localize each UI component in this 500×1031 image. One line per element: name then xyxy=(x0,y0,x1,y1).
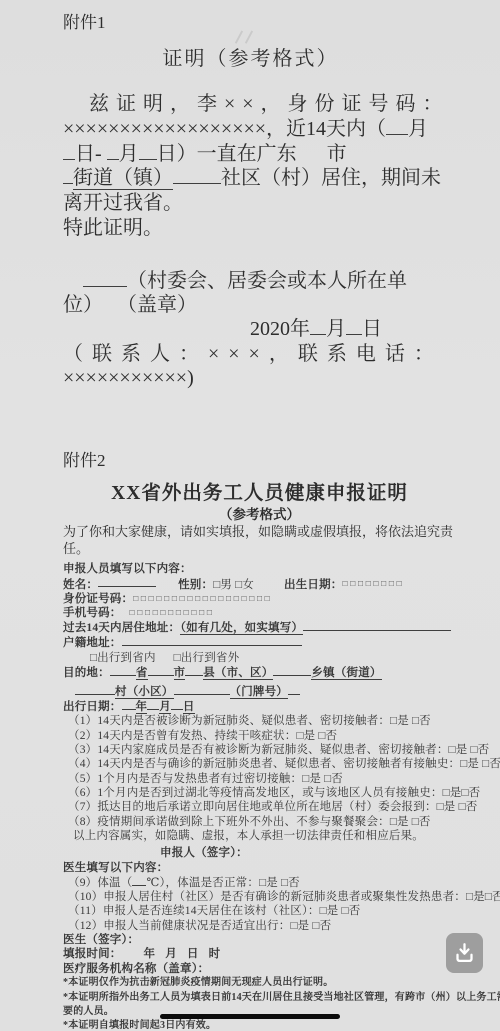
text-segment: 医疗服务机构名称（盖章）： xyxy=(63,963,209,975)
blank-underline xyxy=(303,620,451,631)
text-segment: （5）1个月内是否与发热患者有过密切接触：□是 □否 xyxy=(68,773,343,785)
faint-pen-mark xyxy=(228,30,262,45)
text-line: （2）14天内是否曾有发热、持续干咳症状：□是 □否 xyxy=(63,729,456,743)
text-line: *本证明所指外出务工人员为填表日前14天在川居住且接受当地社区管理，有跨市（州）… xyxy=(63,991,456,1005)
text-line: 兹证明，李××，身份证号码： xyxy=(63,92,438,117)
attachment2-subtitle: （参考格式） xyxy=(63,506,456,523)
text-line: 位）（盖章） xyxy=(63,293,438,317)
attachment1-title: 证明（参考格式） xyxy=(63,46,438,72)
text-segment: 出生日期： xyxy=(284,578,343,590)
spacer xyxy=(103,294,117,311)
spacer xyxy=(156,578,178,588)
text-segment: （3）14天内家庭成员是否有被诊断为新冠肺炎、疑似患者、密切接触者：□是 □否 xyxy=(68,744,489,756)
text-line: 户籍地址： xyxy=(63,635,456,650)
text-segment: 性别： xyxy=(178,578,213,590)
attachment1-signature-block: （村委会、居委会或本人所在单位）（盖章）2020年月日（联系人：×××，联系电话… xyxy=(63,269,438,390)
text-line: 填报时间：年月日时 xyxy=(63,947,456,961)
text-segment: 医生填写以下内容： xyxy=(63,862,168,874)
attachment1-body: 兹证明，李××，身份证号码：××××××××××××××××××，近14天内（月… xyxy=(63,92,438,241)
text-segment: 要的人员。 xyxy=(63,1006,114,1017)
text-segment: 过去14天内居住地址： xyxy=(63,622,180,634)
text-line: （7）抵达目的地后承诺立即向居住地或单位所在地居（村）委会报到：□是 □否 xyxy=(63,800,456,814)
text-segment: 申报人员填写以下内容： xyxy=(63,563,192,575)
blank-underline xyxy=(63,166,73,184)
spacer xyxy=(199,948,209,958)
text-segment: 月 xyxy=(165,948,177,960)
text-segment: 街道（镇） xyxy=(73,167,173,190)
text-line: 以上内容属实，如隐瞒、虚报，本人承担一切法律责任和相应后果。 xyxy=(63,829,456,843)
text-line: 村（小区）（门牌号） xyxy=(63,684,456,699)
text-line: 特此证明。 xyxy=(63,216,438,241)
spacer xyxy=(63,270,83,287)
blank-underline xyxy=(346,317,362,335)
text-line: 出行日期：年月日 xyxy=(63,699,456,714)
text-line: 过去14天内居住地址：（如有几处，如实填写） xyxy=(63,620,456,635)
text-line: （8）疫情期间承诺做到除上下班外不外出、不参与聚餐聚会：□是 □否 xyxy=(63,815,456,829)
text-segment: 手机号码： xyxy=(63,607,122,619)
text-segment: 特此证明。 xyxy=(63,217,163,239)
text-segment: （门牌号） xyxy=(230,686,289,699)
text-line: （4）14天内是否与确诊的新冠肺炎患者、疑似患者、密切接触者有接触史：□是 □否 xyxy=(63,757,456,771)
text-line: （12）申报人当前健康状况是否适宜出行：□是 □否 xyxy=(63,919,456,933)
text-segment: 位） xyxy=(63,294,103,316)
text-segment: 社区（村）居住，期间未 xyxy=(221,167,441,189)
document-photo-view: 附件1 证明（参考格式） 兹证明，李××，身份证号码：×××××××××××××… xyxy=(0,0,500,1031)
text-segment: （联系人：×××，联系电话： xyxy=(63,343,443,365)
text-line: 医生（签字）： xyxy=(63,933,456,947)
blank-underline xyxy=(75,684,115,695)
text-segment: 月 xyxy=(326,318,346,340)
text-segment: （6）1个月内是否到过湖北等疫情高发地区，或与该地区人员有接触史：□是□否 xyxy=(68,787,480,799)
text-segment: （12）申报人当前健康状况是否适宜出行：□是 □否 xyxy=(68,920,331,932)
spacer xyxy=(177,948,187,958)
blank-underline xyxy=(173,166,221,184)
text-line: ××××××××××××××××××，近14天内（月 xyxy=(63,117,438,142)
text-segment: 年 xyxy=(136,701,148,714)
text-segment: □□□□□□□□□□□ xyxy=(130,607,215,617)
text-line: 目的地：省市县（市、区）乡镇（街道） xyxy=(63,665,456,680)
spacer xyxy=(122,948,144,958)
text-segment: 兹证明，李××，身份证号码： xyxy=(89,93,450,115)
text-segment: *本证明仅作为抗击新冠肺炎疫情期间无现症人员出行证明。 xyxy=(63,977,333,988)
text-segment: 月 xyxy=(408,118,428,140)
text-segment: 姓名： xyxy=(63,578,98,590)
text-segment: 以上内容属实，如隐瞒、虚报，本人承担一切法律责任和相应后果。 xyxy=(73,830,424,842)
text-segment: 月 xyxy=(159,701,171,714)
text-line: 申报人（签字）： xyxy=(63,846,456,860)
text-line: （联系人：×××，联系电话： xyxy=(63,342,438,366)
blank-underline xyxy=(174,684,230,695)
text-segment: 乡镇（街道） xyxy=(311,667,381,680)
text-line: *本证明仅作为抗击新冠肺炎疫情期间无现症人员出行证明。 xyxy=(63,976,456,990)
text-segment: 县（市、区） xyxy=(203,667,273,680)
text-line: 街道（镇）社区（村）居住，期间未 xyxy=(63,166,438,191)
text-line: 医生填写以下内容： xyxy=(63,861,456,875)
blank-underline xyxy=(386,117,408,135)
text-segment: （1）14天内是否被诊断为新冠肺炎、疑似患者、密切接触者：□是 □否 xyxy=(68,715,431,727)
attachment2-label: 附件2 xyxy=(63,450,456,472)
blank-underline xyxy=(148,665,174,676)
blank-underline xyxy=(185,665,203,676)
text-segment: □出行到省外 xyxy=(174,652,240,664)
text-line: （11）申报人是否连续14天居住在该村（社区）：□是 □否 xyxy=(63,904,456,918)
blank-underline xyxy=(107,142,119,160)
text-segment: （2）14天内是否曾有发热、持续干咳症状：□是 □否 xyxy=(68,730,337,742)
text-segment: （如有几处，如实填写） xyxy=(180,622,303,635)
notice-line: 任。 xyxy=(63,541,456,558)
text-line: 日- 月日）一直在广东市 xyxy=(63,142,438,167)
text-segment: （9）体温（ xyxy=(68,877,132,889)
attachment2-title: XX省外出务工人员健康申报证明 xyxy=(63,482,456,506)
text-segment: 户籍地址： xyxy=(63,637,122,649)
text-segment: 市 xyxy=(174,667,186,680)
text-segment: 时 xyxy=(209,948,221,960)
text-segment: 出行日期： xyxy=(63,701,122,713)
text-segment: 2020年 xyxy=(250,318,310,340)
text-segment: （7）抵达目的地后承诺立即向居住地或单位所在地居（村）委会报到：□是 □否 xyxy=(68,801,477,813)
text-segment: 省 xyxy=(136,667,148,680)
text-segment: 日 xyxy=(183,701,195,714)
text-segment: 日）一直在广东 xyxy=(157,143,297,165)
blank-underline xyxy=(288,684,300,695)
text-segment: □□□□□□□□□□□□□□□□□□ xyxy=(133,593,272,603)
text-segment: *本证明自填报时间起3日内有效。 xyxy=(63,1020,216,1031)
text-segment: *本证明所指外出务工人员为填表日前14天在川居住且接受当地社区管理，有跨市（州）… xyxy=(63,992,500,1003)
text-segment: （村委会、居委会或本人所在单 xyxy=(127,270,407,292)
text-line: 申报人员填写以下内容： xyxy=(63,562,456,576)
text-segment: 身份证号码： xyxy=(63,593,133,605)
blank-underline xyxy=(139,142,157,160)
blank-underline xyxy=(171,699,183,710)
blank-underline xyxy=(273,665,311,676)
text-line: □出行到省内□出行到省外 xyxy=(63,651,456,665)
text-segment: ××××××××××××××××××，近14天内（ xyxy=(63,118,386,140)
text-line: 2020年月日 xyxy=(63,317,438,341)
text-segment: □男 □女 xyxy=(213,578,254,590)
text-segment: 村（小区） xyxy=(115,686,174,699)
text-segment: 年 xyxy=(144,948,156,960)
blank-underline xyxy=(122,699,136,710)
blank-underline xyxy=(147,699,159,710)
attachment1-certificate: 附件1 证明（参考格式） 兹证明，李××，身份证号码：×××××××××××××… xyxy=(0,12,500,390)
spacer xyxy=(122,606,130,616)
blank-underline xyxy=(132,875,146,886)
text-segment: 填报时间： xyxy=(63,948,122,960)
text-line: *本证明自填报时间起3日内有效。 xyxy=(63,1019,456,1031)
attachment2-form: 申报人员填写以下内容：姓名：性别：□男 □女出生日期：□□□□□□□□身份证号码… xyxy=(63,562,456,1031)
text-line: （10）申报人居住村（社区）是否有确诊的新冠肺炎患者或聚集性发热患者：□是□否 xyxy=(63,890,456,904)
blank-underline xyxy=(110,665,136,676)
text-line: 身份证号码：□□□□□□□□□□□□□□□□□□ xyxy=(63,592,456,606)
text-segment: 日 xyxy=(187,948,199,960)
text-segment: 日- xyxy=(75,143,107,165)
text-segment: 日 xyxy=(362,318,382,340)
text-segment: （盖章） xyxy=(117,294,197,316)
text-segment: 离开过我省。 xyxy=(63,192,183,214)
text-segment: 月 xyxy=(119,143,139,165)
text-segment: （10）申报人居住村（社区）是否有确诊的新冠肺炎患者或聚集性发热患者：□是□否 xyxy=(68,891,500,903)
text-line: （1）14天内是否被诊断为新冠肺炎、疑似患者、密切接触者：□是 □否 xyxy=(63,714,456,728)
text-segment: 目的地： xyxy=(63,667,110,679)
text-line: 手机号码：□□□□□□□□□□□ xyxy=(63,606,456,620)
text-line: （3）14天内家庭成员是否有被诊断为新冠肺炎、疑似患者、密切接触者：□是 □否 xyxy=(63,743,456,757)
text-line: （6）1个月内是否到过湖北等疫情高发地区，或与该地区人员有接触史：□是□否 xyxy=(63,786,456,800)
text-segment: □出行到省内 xyxy=(90,652,156,664)
download-icon xyxy=(454,941,475,965)
download-button[interactable] xyxy=(446,933,483,973)
spacer xyxy=(155,948,165,958)
home-indicator xyxy=(160,1014,340,1019)
text-segment: ×××××××××××) xyxy=(63,367,194,389)
text-segment: （8）疫情期间承诺做到除上下班外不外出、不参与聚餐聚会：□是 □否 xyxy=(68,816,431,828)
text-segment: 医生（签字）： xyxy=(63,934,139,946)
attachment2-notice: 为了你和大家健康，请如实填报，如隐瞒或虚假填报，将依法追究责 任。 xyxy=(63,524,456,557)
text-line: 离开过我省。 xyxy=(63,191,438,216)
spacer xyxy=(254,578,284,588)
blank-underline xyxy=(310,317,326,335)
spacer xyxy=(156,651,174,661)
blank-underline xyxy=(122,635,302,646)
text-segment: 申报人（签字）： xyxy=(160,847,248,859)
spacer xyxy=(297,143,327,160)
text-line: （5）1个月内是否与发热患者有过密切接触：□是 □否 xyxy=(63,772,456,786)
text-segment: ℃），体温是否正常：□是 □否 xyxy=(146,877,299,889)
blank-underline xyxy=(83,269,127,287)
text-line: 医疗服务机构名称（盖章）： xyxy=(63,962,456,976)
notice-line: 为了你和大家健康，请如实填报，如隐瞒或虚假填报，将依法追究责 xyxy=(63,524,456,541)
attachment2-health-declaration: 附件2 XX省外出务工人员健康申报证明 （参考格式） 为了你和大家健康，请如实填… xyxy=(0,450,500,1031)
blank-underline xyxy=(98,577,156,588)
text-line: （9）体温（℃），体温是否正常：□是 □否 xyxy=(63,875,456,890)
text-segment: （11）申报人是否连续14天居住在该村（社区）：□是 □否 xyxy=(68,905,360,917)
blank-underline xyxy=(63,142,75,160)
text-line: ×××××××××××) xyxy=(63,366,438,390)
text-segment: 市 xyxy=(327,143,347,165)
text-segment: □□□□□□□□ xyxy=(343,578,405,588)
text-line: （村委会、居委会或本人所在单 xyxy=(63,269,438,293)
text-segment: （4）14天内是否与确诊的新冠肺炎患者、疑似患者、密切接触者有接触史：□是 □否 xyxy=(68,758,500,770)
text-line: 姓名：性别：□男 □女出生日期：□□□□□□□□ xyxy=(63,577,456,592)
